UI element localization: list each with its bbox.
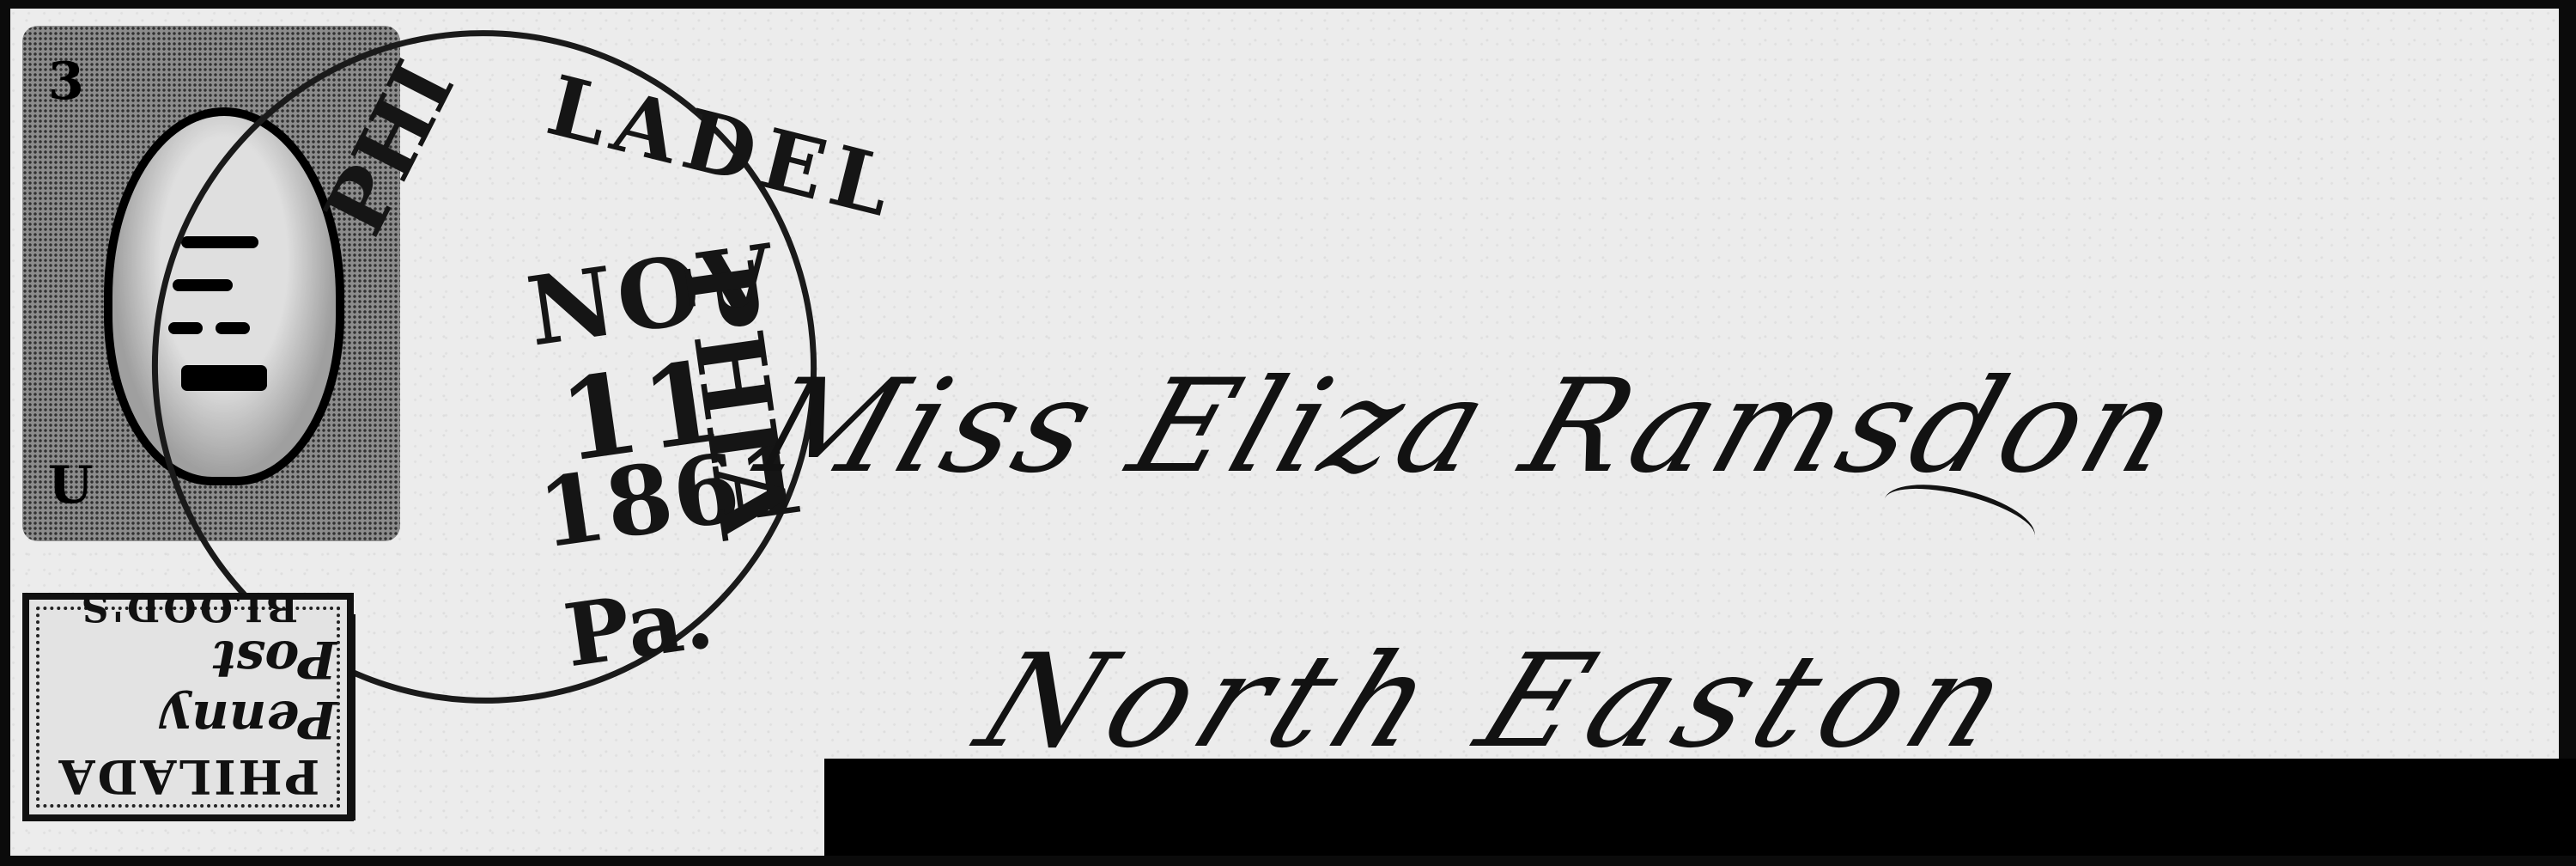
handstamp-bar (347, 614, 355, 820)
local-post-line-2: Penny Post (39, 629, 337, 749)
postmark-state: Pa. (558, 566, 719, 687)
postmark-city-top: LADEL (538, 57, 908, 237)
black-occlusion-block (824, 759, 2576, 866)
address-town: North Easton (959, 627, 2040, 777)
postmark-city-left: PHI (306, 46, 473, 249)
local-post-handstamp: PHILADA Penny Post BLOOD'S (22, 593, 354, 821)
envelope-cover: 3 U PHI LADEL NOV 11 1861 Pa. PHIA PHILA… (10, 9, 2559, 856)
local-post-line-1: PHILADA (57, 749, 319, 804)
stamp-corner-letter: U (48, 455, 93, 515)
local-post-line-3: BLOOD'S (78, 585, 298, 629)
image-border-bottom (0, 856, 2576, 866)
local-post-text-block: PHILADA Penny Post BLOOD'S (36, 607, 340, 808)
stamp-corner-numeral: 3 (48, 52, 84, 112)
address-recipient: Miss Eliza Ramsdon (742, 352, 2199, 502)
